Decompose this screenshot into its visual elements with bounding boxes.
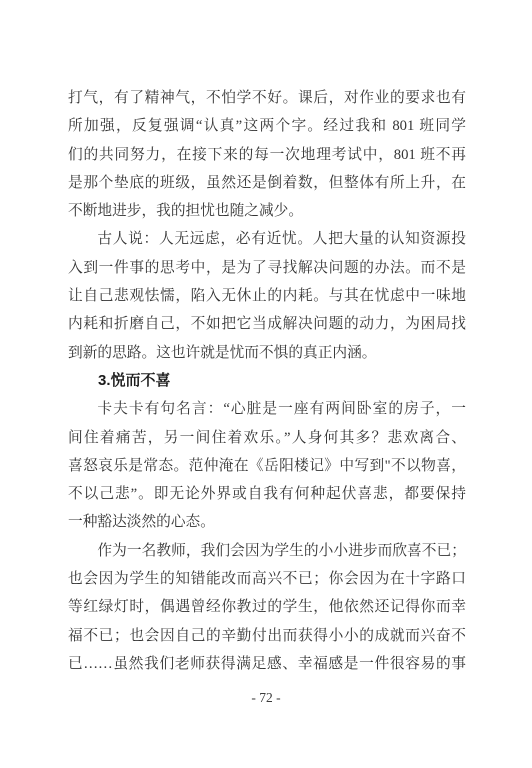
text-line: 等红绿灯时，偶遇曾经你教过的学生，他依然还记得你而幸 — [68, 593, 466, 621]
text-line: 让自己悲观怯懦，陷入无休止的内耗。与其在忧虑中一味地 — [68, 282, 466, 310]
document-page: 打气，有了精神气，不怕学不好。课后，对作业的要求也有 所加强，反复强调“认真”这… — [0, 0, 532, 768]
page-number: - 72 - — [0, 690, 532, 706]
text-line: 所加强，反复强调“认真”这两个字。经过我和 801 班同学 — [68, 112, 466, 140]
text-line: 作为一名教师，我们会因为学生的小小进步而欣喜不已； — [68, 537, 466, 565]
text-line: 福不已；也会因自己的辛勤付出而获得小小的成就而兴奋不 — [68, 622, 466, 650]
text-line: 卡夫卡有句名言：“心脏是一座有两间卧室的房子，一 — [68, 395, 466, 423]
text-line: 间住着痛苦，另一间住着欢乐。”人身何其多？悲欢离合、 — [68, 424, 466, 452]
text-line: 也会因为学生的知错能改而高兴不已；你会因为在十字路口 — [68, 565, 466, 593]
text-line: 已……虽然我们老师获得满足感、幸福感是一件很容易的事 — [68, 650, 466, 678]
text-line: 内耗和折磨自己，不如把它当成解决问题的动力，为困局找 — [68, 310, 466, 338]
page-body-text: 打气，有了精神气，不怕学不好。课后，对作业的要求也有 所加强，反复强调“认真”这… — [68, 84, 466, 678]
text-line: 入到一件事的思考中，是为了寻找解决问题的办法。而不是 — [68, 254, 466, 282]
section-heading: 3.悦而不喜 — [68, 367, 466, 395]
text-line: 们的共同努力，在接下来的每一次地理考试中，801 班不再 — [68, 141, 466, 169]
text-line: 喜怒哀乐是常态。范仲淹在《岳阳楼记》中写到"不以物喜， — [68, 452, 466, 480]
text-line: 打气，有了精神气，不怕学不好。课后，对作业的要求也有 — [68, 84, 466, 112]
text-line: 是那个垫底的班级，虽然还是倒着数，但整体有所上升，在 — [68, 169, 466, 197]
text-line: 到新的思路。这也许就是忧而不惧的真正内涵。 — [68, 339, 466, 367]
text-line: 不以己悲”。即无论外界或自我有何种起伏喜悲，都要保持 — [68, 480, 466, 508]
text-line: 不断地进步，我的担忧也随之减少。 — [68, 197, 466, 225]
text-line: 一种豁达淡然的心态。 — [68, 508, 466, 536]
text-line: 古人说：人无远虑，必有近忧。人把大量的认知资源投 — [68, 225, 466, 253]
